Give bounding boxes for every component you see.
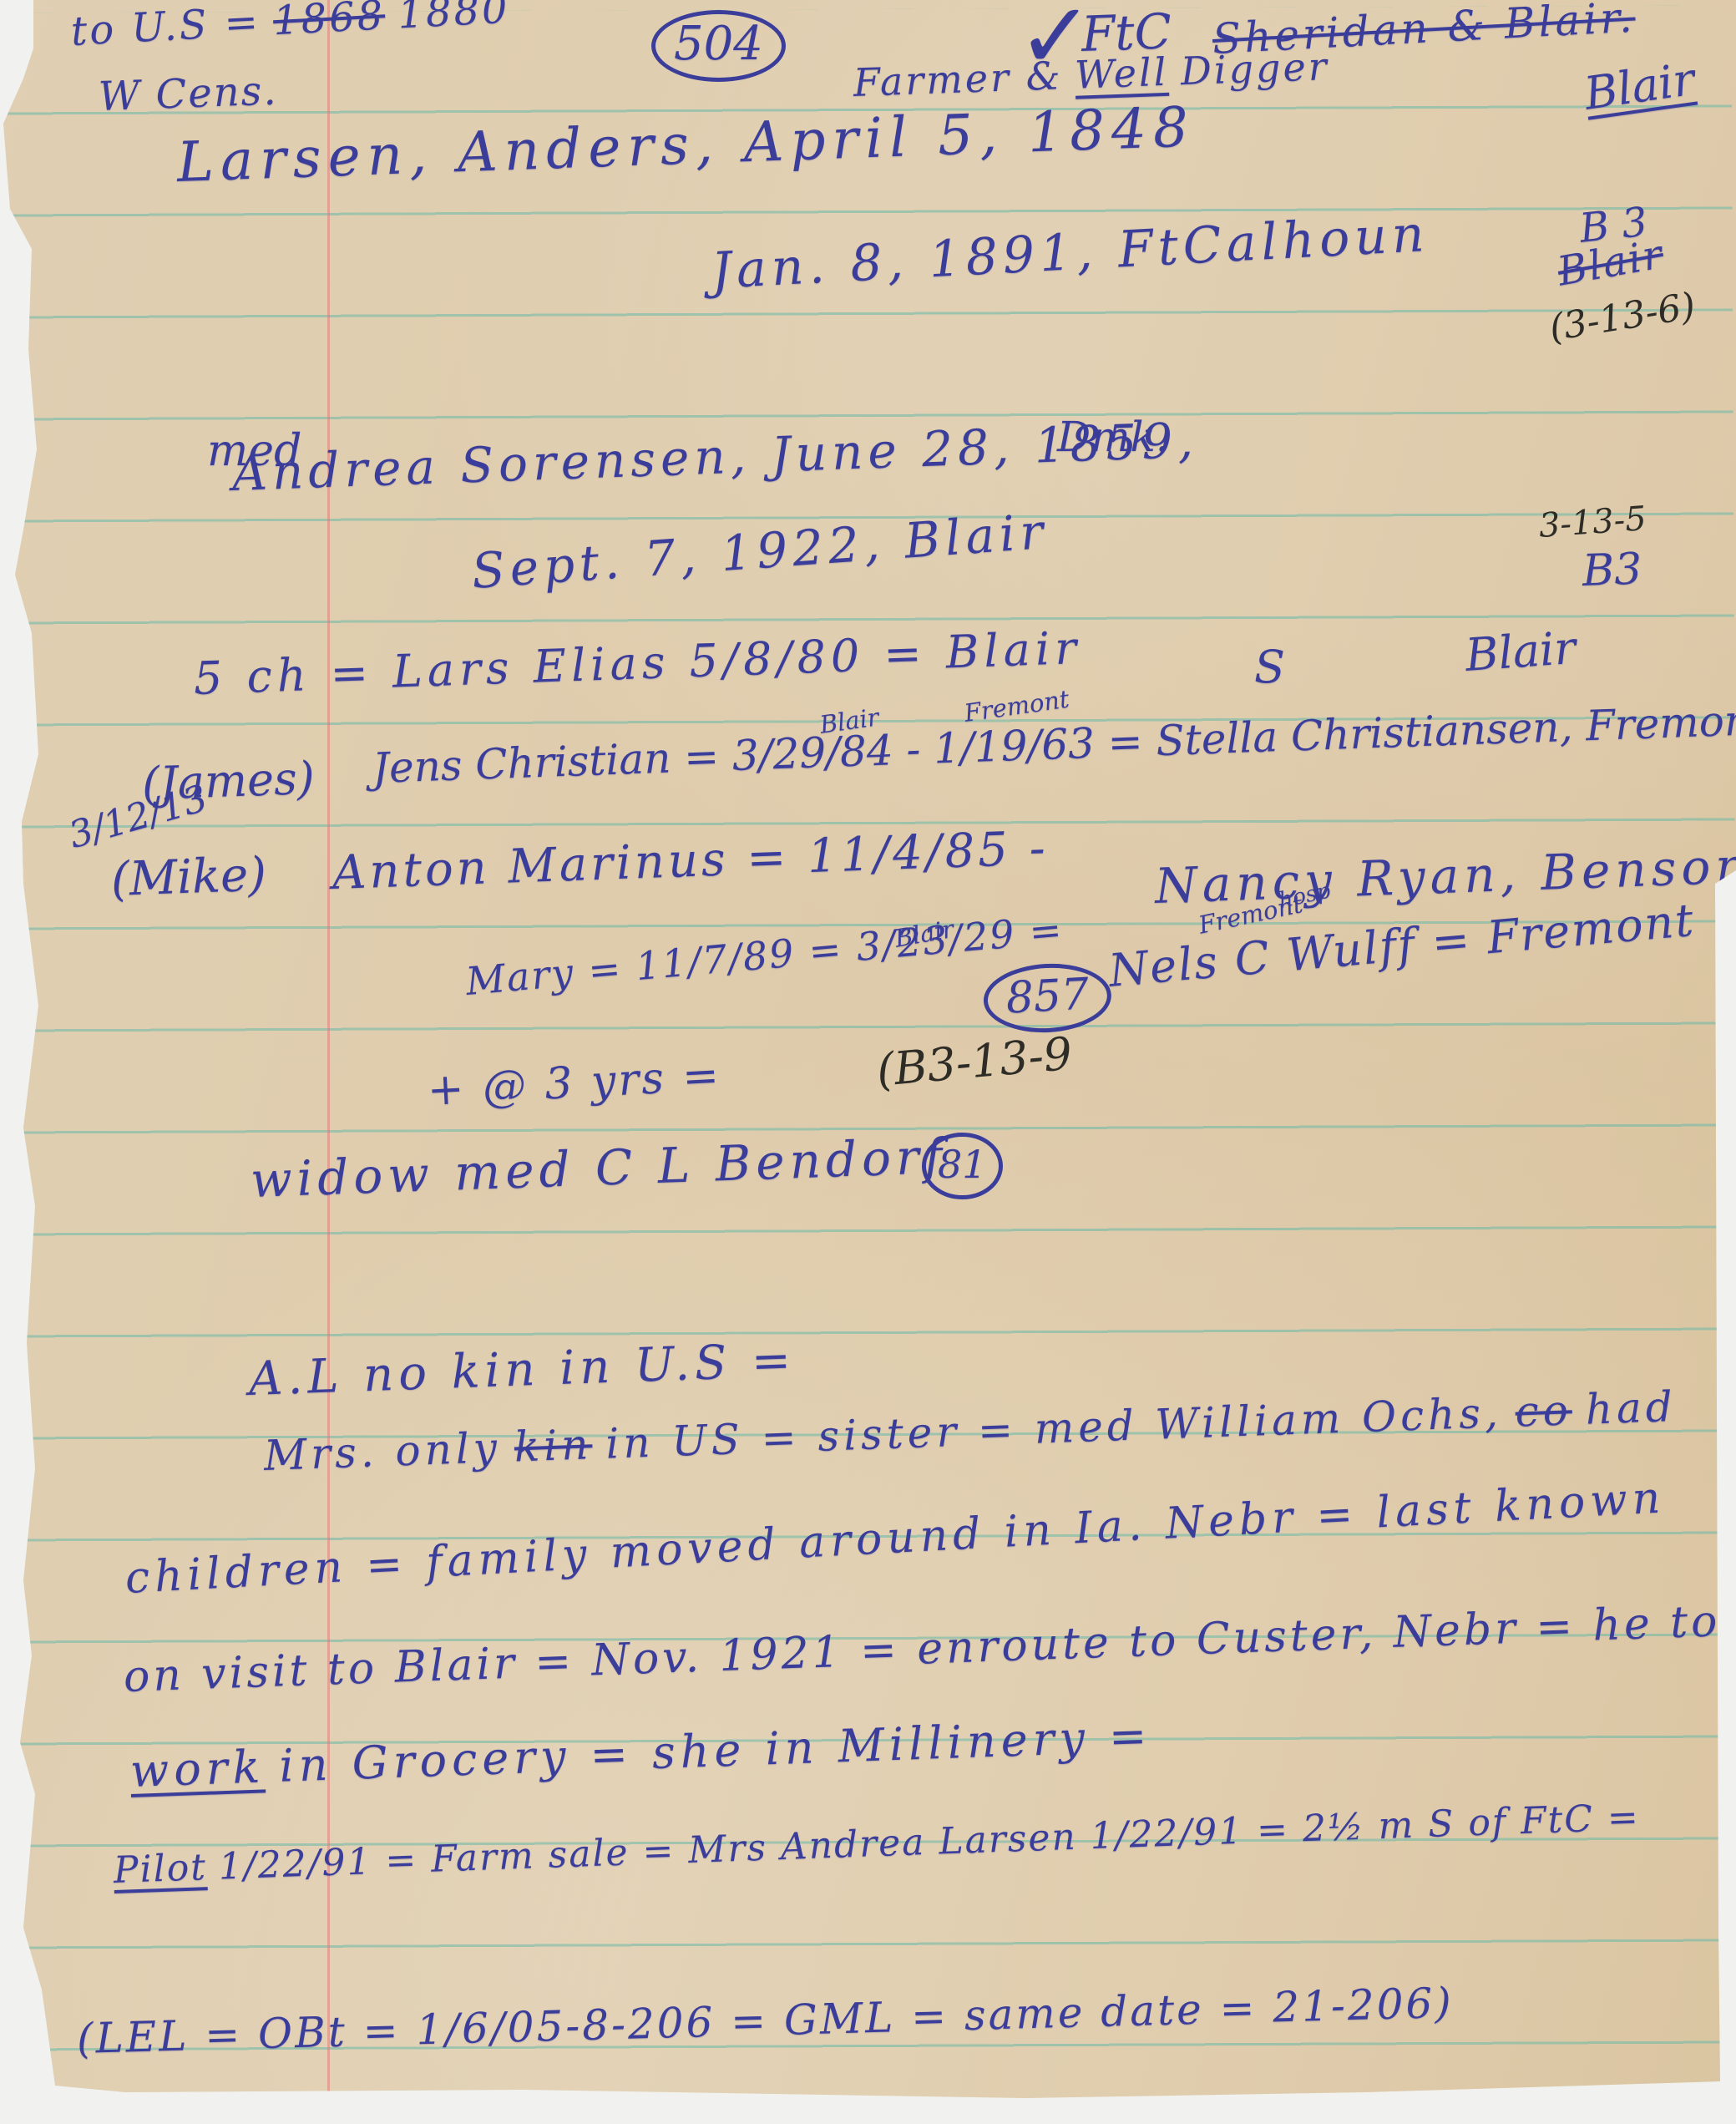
arrival-year: 1880 xyxy=(397,0,511,38)
wife-ref-code2: B3 xyxy=(1582,548,1642,593)
wife-ref-code: 3-13-5 xyxy=(1538,502,1647,543)
occupation-pre: Farmer & xyxy=(853,53,1063,105)
notebook-paper: to U.S =18681880 W Cens. 504 ✓ FtC Sheri… xyxy=(0,0,1736,2124)
child-third-nickname: (Mike) xyxy=(110,852,267,904)
widow-ref: 81 xyxy=(922,1133,1003,1199)
note-mrs-struck2: co xyxy=(1515,1386,1573,1436)
child-fourth-ref-circle: 857 xyxy=(982,961,1113,1036)
note-work-word: work xyxy=(129,1740,266,1797)
card-number-circle: 504 xyxy=(651,10,786,82)
census-note: W Cens. xyxy=(98,71,278,117)
arrival-year-struck: 1868 xyxy=(272,0,387,44)
margin-line xyxy=(327,0,330,2124)
occupation-post: Digger xyxy=(1180,43,1329,94)
note-pilot-word: Pilot xyxy=(113,1846,208,1892)
child-first-status: S xyxy=(1254,645,1285,690)
scanned-notebook-page: to U.S =18681880 W Cens. 504 ✓ FtC Sheri… xyxy=(0,0,1736,2124)
child-fourth-ref: 857 xyxy=(982,961,1113,1036)
occupation-well: Well xyxy=(1074,49,1169,98)
note-mrs-struck: kin xyxy=(514,1420,593,1471)
child-first-place: Blair xyxy=(1464,626,1577,678)
widow-ref-circle: 81 xyxy=(922,1133,1003,1199)
note-mrs-post: had xyxy=(1585,1382,1678,1434)
card-number: 504 xyxy=(651,10,786,82)
note-mrs-pre: Mrs. only xyxy=(263,1423,502,1480)
